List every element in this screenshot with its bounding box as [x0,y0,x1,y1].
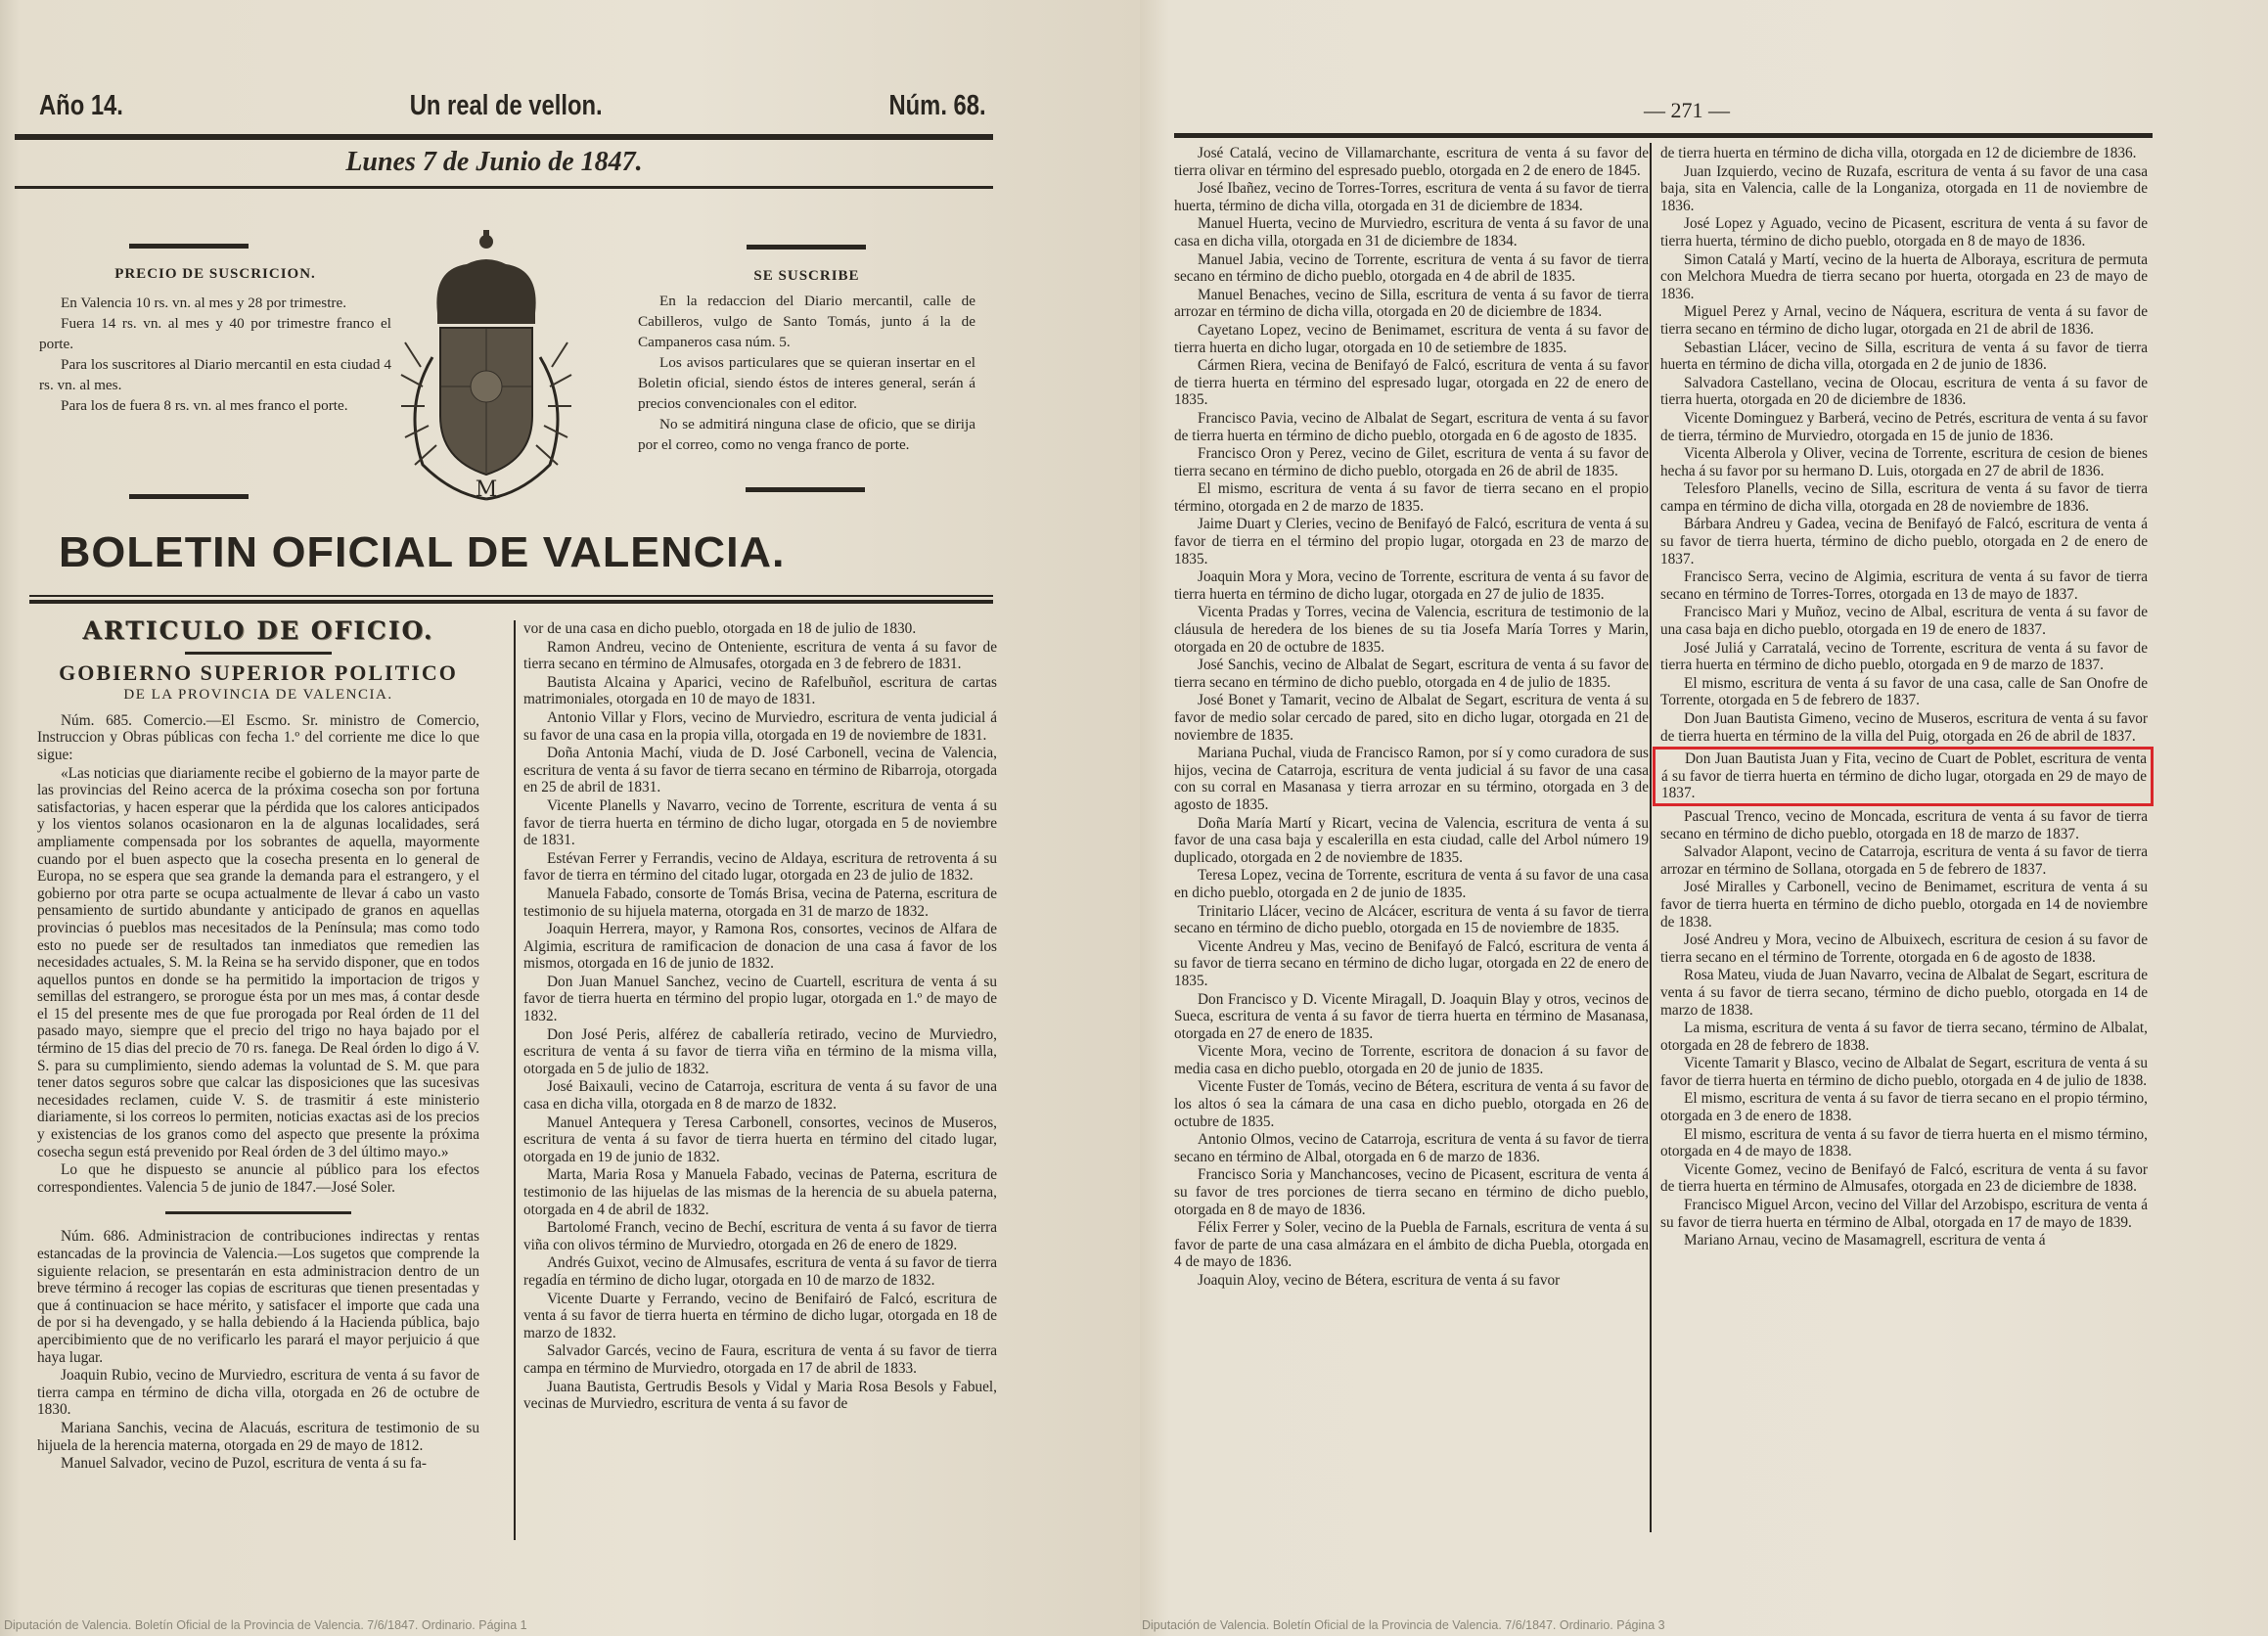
list-item: Manuel Salvador, vecino de Puzol, escrit… [37,1455,479,1473]
newspaper-title: BOLETIN OFICIAL DE VALENCIA. [59,528,1057,577]
masthead: Año 14. Un real de vellon. Núm. 68. [39,90,986,122]
list-item: Vicente Duarte y Ferrando, vecino de Ben… [523,1291,997,1342]
right-column-1: José Catalá, vecino de Villamarchante, e… [1174,145,1649,1290]
list-item: Vicente Fuster de Tomás, vecino de Béter… [1174,1078,1649,1130]
list-item: Miguel Perez y Arnal, vecino de Náquera,… [1660,303,2148,338]
list-item: Teresa Lopez, vecina de Torrente, escrit… [1174,867,1649,901]
list-item: Vicente Andreu y Mas, vecino de Benifayó… [1174,938,1649,990]
masthead-rule [15,134,993,140]
suscribe-line: Los avisos particulares que se quieran i… [638,352,975,414]
article-paragraph: «Las noticias que diariamente recibe el … [37,765,479,1161]
list-item: Don Francisco y D. Vicente Miragall, D. … [1174,991,1649,1043]
list-item: Francisco Pavia, vecino de Albalat de Se… [1174,410,1649,444]
list-item: Juan Izquierdo, vecino de Ruzafa, escrit… [1660,163,2148,215]
list-item: Vicente Gomez, vecino de Benifayó de Fal… [1660,1161,2148,1196]
list-item: Francisco Miguel Arcon, vecino del Villa… [1660,1197,2148,1231]
gov-title: GOBIERNO SUPERIOR POLITICO [37,664,479,682]
list-item: Doña Antonia Machí, viuda de D. José Car… [523,745,997,796]
price-line: Para los de fuera 8 rs. vn. al mes franc… [39,395,391,416]
list-item: Joaquin Rubio, vecino de Murviedro, escr… [37,1367,479,1419]
divider [129,494,249,499]
list-item: La misma, escritura de venta á su favor … [1660,1020,2148,1054]
list-item: Félix Ferrer y Soler, vecino de la Puebl… [1174,1219,1649,1271]
list-item: Manuel Huerta, vecino de Murviedro, escr… [1174,215,1649,250]
list-item: Vicente Tamarit y Blasco, vecino de Alba… [1660,1055,2148,1089]
right-column-2: de tierra huerta en término de dicha vil… [1660,145,2148,1250]
year-label: Año 14. [39,90,123,122]
list-item: Antonio Olmos, vecino de Catarroja, escr… [1174,1131,1649,1165]
list-item: José Catalá, vecino de Villamarchante, e… [1174,145,1649,179]
divider [185,652,332,655]
page-number: — 271 — [1644,98,1730,123]
se-suscribe-block: SE SUSCRIBE En la redaccion del Diario m… [638,268,975,455]
highlighted-entry: Don Juan Bautista Juan y Fita, vecino de… [1661,750,2147,802]
list-item: José Andreu y Mora, vecino de Albuixech,… [1660,932,2148,966]
list-item: Manuel Jabia, vecino de Torrente, escrit… [1174,251,1649,286]
list-item: Joaquin Herrera, mayor, y Ramona Ros, co… [523,921,997,973]
highlighted-entry-box[interactable]: Don Juan Bautista Juan y Fita, vecino de… [1653,747,2154,806]
list-item: Trinitario Llácer, vecino de Alcácer, es… [1174,903,1649,937]
price-line: En Valencia 10 rs. vn. al mes y 28 por t… [39,293,391,313]
list-item: Jaime Duart y Cleries, vecino de Benifay… [1174,516,1649,568]
list-item: Mariano Arnau, vecino de Masamagrell, es… [1660,1232,2148,1250]
list-item: Cayetano Lopez, vecino de Benimamet, esc… [1174,322,1649,356]
list-item: Francisco Oron y Perez, vecino de Gilet,… [1174,445,1649,479]
list-item: Francisco Soria y Manchancoses, vecino d… [1174,1166,1649,1218]
list-item: vor de una casa en dicho pueblo, otorgad… [523,620,997,638]
list-item: Salvador Garcés, vecino de Faura, escrit… [523,1342,997,1377]
list-item: Sebastian Llácer, vecino de Silla, escri… [1660,340,2148,374]
list-item: Vicente Planells y Navarro, vecino de To… [523,797,997,849]
list-item: Manuel Antequera y Teresa Carbonell, con… [523,1114,997,1166]
list-item: Francisco Mari y Muñoz, vecino de Albal,… [1660,604,2148,638]
list-item: Juana Bautista, Gertrudis Besols y Vidal… [523,1379,997,1413]
list-item: de tierra huerta en término de dicha vil… [1660,145,2148,162]
royal-coat-of-arms-icon: M [393,230,579,509]
title-rule-thick [29,600,993,604]
list-item: Pascual Trenco, vecino de Moncada, escri… [1660,808,2148,842]
list-item: El mismo, escritura de venta á su favor … [1660,1126,2148,1160]
column-divider [1650,143,1652,1532]
list-item: José Ibañez, vecino de Torres-Torres, es… [1174,180,1649,214]
list-item: Mariana Puchal, viuda de Francisco Ramon… [1174,745,1649,813]
left-page: Año 14. Un real de vellon. Núm. 68. Lune… [0,0,1140,1636]
se-suscribe-heading: SE SUSCRIBE [638,268,975,285]
right-page: — 271 — José Catalá, vecino de Villamarc… [1140,0,2268,1636]
list-item: José Miralles y Carbonell, vecino de Ben… [1660,879,2148,931]
list-item: Vicenta Alberola y Oliver, vecina de Tor… [1660,445,2148,479]
list-item: El mismo, escritura de venta á su favor … [1660,675,2148,709]
subscription-heading: PRECIO DE SUSCRICION. [39,266,391,283]
list-item: Joaquin Aloy, vecino de Bétera, escritur… [1174,1272,1649,1290]
list-item: Francisco Serra, vecino de Algimia, escr… [1660,568,2148,603]
svg-text:M: M [476,477,498,502]
page-footer: Diputación de Valencia. Boletín Oficial … [1142,1618,1665,1632]
dateline: Lunes 7 de Junio de 1847. [0,147,988,178]
list-item: Vicenta Pradas y Torres, vecina de Valen… [1174,604,1649,656]
divider [165,1211,351,1214]
issue-number: Núm. 68. [888,90,985,122]
list-item: El mismo, escritura de venta á su favor … [1174,480,1649,515]
list-item: José Lopez y Aguado, vecino de Picasent,… [1660,215,2148,250]
gov-subtitle: DE LA PROVINCIA DE VALENCIA. [37,687,479,704]
list-item: Cármen Riera, vecina de Benifayó de Falc… [1174,357,1649,409]
divider [129,244,249,249]
list-item: José Juliá y Carratalá, vecino de Torren… [1660,640,2148,674]
list-item: Rosa Mateu, viuda de Juan Navarro, vecin… [1660,967,2148,1019]
subscription-price-block: PRECIO DE SUSCRICION. En Valencia 10 rs.… [39,266,391,416]
list-item: José Baixauli, vecino de Catarroja, escr… [523,1078,997,1113]
list-item: Joaquin Mora y Mora, vecino de Torrente,… [1174,568,1649,603]
list-item: Estévan Ferrer y Ferrandis, vecino de Al… [523,850,997,885]
list-item: Ramon Andreu, vecino de Onteniente, escr… [523,639,997,673]
article-paragraph: Núm. 686. Administracion de contribucion… [37,1228,479,1366]
list-item: Antonio Villar y Flors, vecino de Murvie… [523,709,997,744]
list-item: Don José Peris, alférez de caballería re… [523,1026,997,1078]
list-item: Salvador Alapont, vecino de Catarroja, e… [1660,843,2148,878]
list-item: Vicente Dominguez y Barberá, vecino de P… [1660,410,2148,444]
list-item: Bartolomé Franch, vecino de Bechí, escri… [523,1219,997,1253]
list-item: Simon Catalá y Martí, vecino de la huert… [1660,251,2148,303]
list-item: Telesforo Planells, vecino de Silla, esc… [1660,480,2148,515]
article-paragraph: Núm. 685. Comercio.—El Escmo. Sr. minist… [37,712,479,764]
divider [747,245,866,250]
list-item: Vicente Mora, vecino de Torrente, escrit… [1174,1043,1649,1077]
list-item: Doña María Martí y Ricart, vecina de Val… [1174,815,1649,867]
list-item: Don Juan Manuel Sanchez, vecino de Cuart… [523,974,997,1025]
suscribe-line: En la redaccion del Diario mercantil, ca… [638,291,975,352]
list-item: El mismo, escritura de venta á su favor … [1660,1090,2148,1124]
list-item: Mariana Sanchis, vecina de Alacuás, escr… [37,1420,479,1454]
title-rule-thin [29,595,993,597]
list-item: Andrés Guixot, vecino de Almusafes, escr… [523,1254,997,1289]
divider [746,487,865,492]
dateline-rule [15,186,993,189]
column-divider [514,620,516,1540]
list-item: José Bonet y Tamarit, vecino de Albalat … [1174,692,1649,744]
price-label: Un real de vellon. [410,90,603,122]
suscribe-line: No se admitirá ninguna clase de oficio, … [638,414,975,455]
price-line: Para los suscritores al Diario mercantil… [39,354,391,395]
price-line: Fuera 14 rs. vn. al mes y 40 por trimest… [39,313,391,354]
article-paragraph: Lo que he dispuesto se anuncie al públic… [37,1161,479,1196]
list-item: Bárbara Andreu y Gadea, vecina de Benifa… [1660,516,2148,568]
list-item: Salvadora Castellano, vecina de Olocau, … [1660,375,2148,409]
section-title: ARTICULO DE OFICIO. [37,622,479,640]
left-column-1: ARTICULO DE OFICIO. GOBIERNO SUPERIOR PO… [37,622,479,1473]
list-item: Manuela Fabado, consorte de Tomás Brisa,… [523,886,997,920]
list-item: Manuel Benaches, vecino de Silla, escrit… [1174,287,1649,321]
list-item: Don Juan Bautista Gimeno, vecino de Muse… [1660,710,2148,745]
left-column-2: vor de una casa en dicho pueblo, otorgad… [523,620,997,1413]
list-item: Bautista Alcaina y Aparici, vecino de Ra… [523,674,997,708]
page-footer: Diputación de Valencia. Boletín Oficial … [4,1618,527,1632]
list-item: Marta, Maria Rosa y Manuela Fabado, veci… [523,1166,997,1218]
header-rule [1174,133,2153,138]
list-item: José Sanchis, vecino de Albalat de Segar… [1174,657,1649,691]
